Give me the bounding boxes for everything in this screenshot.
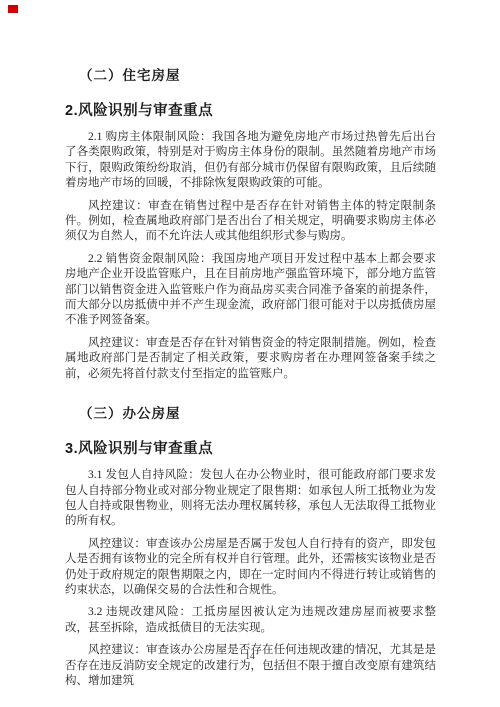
paragraph: 3.1 发包人自持风险：发包人在办公物业时，很可能政府部门要求发包人自持部分物业… xyxy=(65,468,436,530)
paragraph: 风控建议：审查在销售过程中是否存在针对销售主体的特定限制条件。例如，检查属地政府… xyxy=(65,199,436,245)
paragraph: 2.2 销售资金限制风险：我国房地产项目开发过程中基本上都会要求房地产企业开设监… xyxy=(65,252,436,329)
paragraph: 2.1 购房主体限制风险：我国各地为避免房地产市场过热曾先后出台了各类限购政策，… xyxy=(65,130,436,192)
section-heading: （三）办公房屋 xyxy=(79,406,436,422)
sub-heading: 2.风险识别与审查重点 xyxy=(65,102,436,120)
sub-heading: 3.风险识别与审查重点 xyxy=(65,440,436,458)
section-heading: （二）住宅房屋 xyxy=(79,68,436,84)
paragraph: 风控建议：审查该办公房屋是否属于发包人自行持有的资产，即发包人是否拥有该物业的完… xyxy=(65,537,436,599)
corner-mark xyxy=(8,5,18,13)
page-number: 14 xyxy=(0,652,500,662)
document-body: （二）住宅房屋2.风险识别与审查重点2.1 购房主体限制风险：我国各地为避免房地… xyxy=(65,68,436,689)
paragraph: 风控建议：审查是否存在针对销售资金的特定限制措施。例如，检查属地政府部门是否制定… xyxy=(65,336,436,382)
document-page: （二）住宅房屋2.风险识别与审查重点2.1 购房主体限制风险：我国各地为避免房地… xyxy=(0,0,500,707)
paragraph: 3.2 违规改建风险：工抵房屋因被认定为违规改建房屋而被要求整改，甚至拆除，造成… xyxy=(65,605,436,636)
paragraph: 风控建议：审查该办公房屋是否存在任何违规改建的情况，尤其是是否存在违反消防安全规… xyxy=(65,643,436,689)
